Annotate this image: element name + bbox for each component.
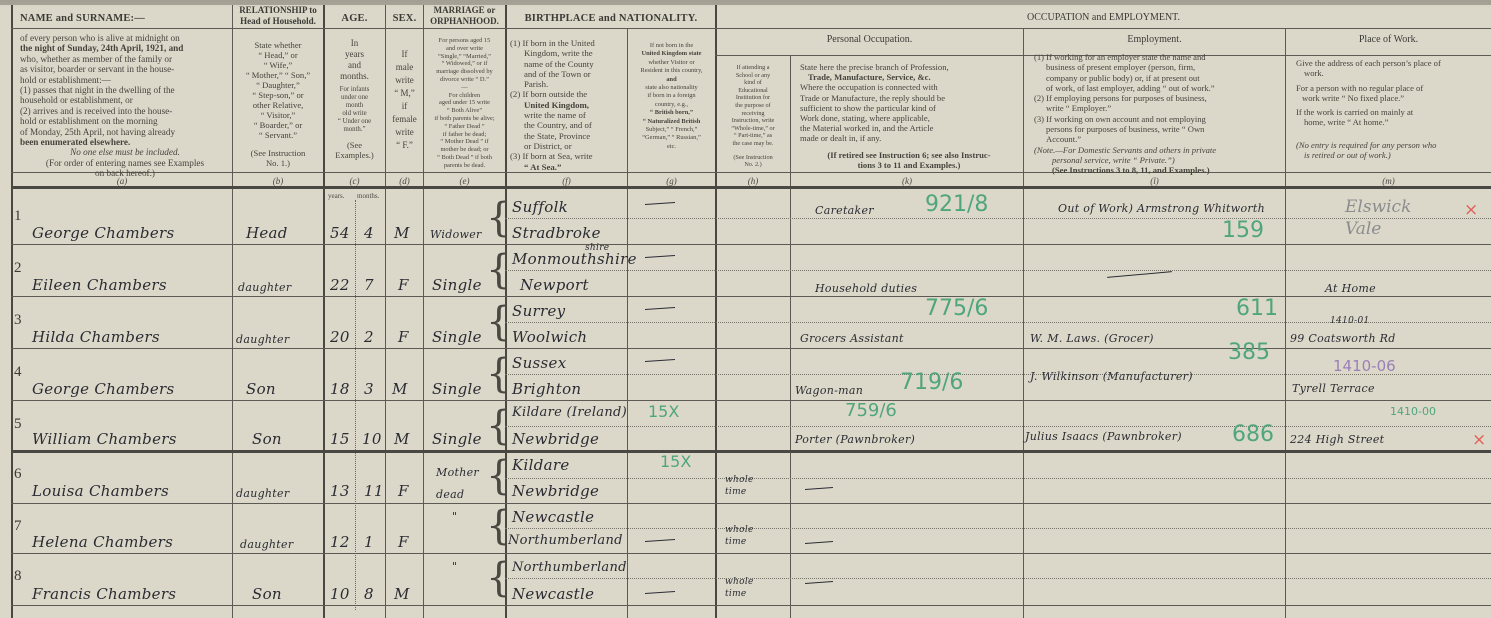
person-marriage: Single <box>432 430 482 448</box>
col-letter-f: (f) <box>506 176 627 186</box>
header-birthplace: BIRTHPLACE and NATIONALITY. <box>506 13 716 24</box>
person-birth-county: Northumberland <box>512 560 627 575</box>
brace-4: { <box>486 354 511 394</box>
person-birth-county: Surrey <box>512 302 565 320</box>
employment-code: 611 <box>1236 296 1278 321</box>
instructions-age: Inyearsandmonths. For infantsunder onemo… <box>324 38 385 160</box>
red-x-mark: × <box>1472 430 1486 450</box>
person-birth-town: Northumberland <box>508 533 623 548</box>
person-occupation: Household duties <box>815 282 917 295</box>
person-place-of-work: Tyrell Terrace <box>1292 382 1375 395</box>
person-birth-town: Stradbroke <box>512 224 601 242</box>
brace-3: { <box>486 302 511 342</box>
header-name: NAME and SURNAME:— <box>12 13 240 24</box>
person-marriage-ditto: " <box>452 560 457 573</box>
brace-2: { <box>486 250 511 290</box>
place-code: 1410-01 <box>1330 316 1370 326</box>
divider-k-l <box>1023 28 1024 618</box>
person-birth-county: Newcastle <box>512 508 594 526</box>
age-years-label: years. <box>328 192 345 200</box>
occupation-code: 921/8 <box>925 192 988 217</box>
shire-annotation: shire <box>585 243 609 253</box>
brace-1: { <box>486 198 511 238</box>
person-sex: F <box>398 482 409 500</box>
person-relationship: daughter <box>240 538 293 551</box>
nationality-code: 15X <box>648 402 679 421</box>
row-2-midline <box>505 270 1491 271</box>
person-employment: Out of Work) Armstrong Whitworth <box>1058 202 1265 215</box>
person-occupation: Caretaker <box>815 204 874 217</box>
occupation-dash <box>805 487 833 490</box>
col-letter-h: (h) <box>716 176 790 186</box>
col-letter-d: (d) <box>386 176 423 186</box>
person-birth-town: Newport <box>520 276 589 294</box>
person-sex: M <box>394 224 410 242</box>
employment-code: 159 <box>1222 218 1264 243</box>
row-number: 2 <box>14 260 22 277</box>
person-age-years: 12 <box>330 533 350 551</box>
header-title-rule <box>11 28 1491 29</box>
header-occupation-employment: OCCUPATION and EMPLOYMENT. <box>716 12 1491 23</box>
col-letter-b: (b) <box>233 176 323 186</box>
row-number: 1 <box>14 208 22 225</box>
person-birth-county: Suffolk <box>512 198 568 216</box>
header-relationship: RELATIONSHIP to Head of Household. <box>233 5 323 27</box>
person-name: Louisa Chambers <box>32 482 169 500</box>
person-schooling: whole time <box>725 524 765 548</box>
person-age-months: 8 <box>364 585 374 603</box>
person-name: Hilda Chambers <box>32 328 160 346</box>
person-sex: M <box>392 380 408 398</box>
header-bottom-rule <box>11 186 1491 189</box>
person-birth-town: Newbridge <box>512 482 599 500</box>
person-birth-town: Brighton <box>512 380 581 398</box>
header-sex: SEX. <box>386 13 423 24</box>
person-occupation: Grocers Assistant <box>800 332 904 345</box>
row-7-bottom <box>11 553 1491 554</box>
divider-l-m <box>1285 28 1286 618</box>
person-age-years: 22 <box>330 276 350 294</box>
person-marriage: Widower <box>430 228 482 241</box>
occupation-code: 775/6 <box>925 296 988 321</box>
person-marriage: Single <box>432 328 482 346</box>
header-place-of-work: Place of Work. <box>1286 34 1491 45</box>
person-age-months: 4 <box>364 224 374 242</box>
age-years-months-divider <box>355 200 356 610</box>
person-relationship: Son <box>252 585 282 603</box>
instructions-relationship: State whether“ Head,” or“ Wife,”“ Mother… <box>233 40 323 168</box>
instructions-marriage: For persons aged 15and over write“Single… <box>424 37 505 170</box>
row-number: 8 <box>14 568 22 585</box>
nationality-dash <box>645 359 675 362</box>
nationality-dash <box>645 307 675 310</box>
person-birth-town: Newcastle <box>512 585 594 603</box>
person-age-years: 20 <box>330 328 350 346</box>
row-8-midline <box>505 578 1491 579</box>
census-form-sheet: NAME and SURNAME:— RELATIONSHIP to Head … <box>0 0 1491 618</box>
header-age: AGE. <box>324 13 385 24</box>
col-letter-a: (a) <box>12 176 232 186</box>
person-sex: M <box>394 585 410 603</box>
row-5-midline <box>505 426 1491 427</box>
person-name: George Chambers <box>32 380 174 398</box>
row-4-bottom <box>11 400 1491 401</box>
person-employment: Julius Isaacs (Pawnbroker) <box>1025 430 1182 443</box>
top-border <box>0 0 1491 5</box>
person-marriage: Single <box>432 380 482 398</box>
left-border <box>11 5 13 618</box>
col-letter-c: (c) <box>324 176 385 186</box>
header-employment: Employment. <box>1024 34 1285 45</box>
row-7-midline <box>505 528 1491 529</box>
person-birth-town: Newbridge <box>512 430 599 448</box>
employment-dash <box>1107 271 1172 278</box>
person-schooling: whole time <box>725 576 765 600</box>
person-relationship: Head <box>246 224 288 242</box>
col-letter-e: (e) <box>424 176 505 186</box>
occupation-dash <box>805 581 833 584</box>
person-name: William Chambers <box>32 430 177 448</box>
occupation-code: 759/6 <box>845 400 897 421</box>
person-employment: J. Wilkinson (Manufacturer) <box>1030 370 1270 383</box>
instructions-name: of every person who is alive at midnight… <box>20 33 230 179</box>
person-place-of-work: At Home <box>1325 282 1376 295</box>
nationality-code: 15X <box>660 452 691 471</box>
person-age-years: 13 <box>330 482 350 500</box>
brace-8: { <box>486 558 511 598</box>
person-age-months: 11 <box>364 482 384 500</box>
header-marriage: MARRIAGE or ORPHANHOOD. <box>424 5 505 27</box>
age-months-label: months. <box>357 192 379 200</box>
person-age-months: 1 <box>364 533 374 551</box>
person-age-months: 10 <box>362 430 382 448</box>
person-schooling: whole time <box>725 474 765 498</box>
person-name: Helena Chambers <box>32 533 173 551</box>
person-occupation: Porter (Pawnbroker) <box>795 433 915 446</box>
person-marriage: Single <box>432 276 482 294</box>
row-number: 6 <box>14 466 22 483</box>
person-relationship: daughter <box>238 281 291 294</box>
instructions-birthplace: (1) If born in the UnitedKingdom, write … <box>510 38 626 172</box>
person-age-years: 54 <box>330 224 350 242</box>
row-6-bottom <box>11 503 1491 504</box>
instructions-place-of-work: Give the address of each person’s place … <box>1296 58 1488 160</box>
person-relationship: Son <box>246 380 276 398</box>
row-number: 3 <box>14 312 22 329</box>
person-place-of-work: 99 Coatsworth Rd <box>1290 332 1396 345</box>
col-letter-l: (l) <box>1024 176 1285 186</box>
col-letter-k: (k) <box>791 176 1023 186</box>
row-1-bottom <box>11 244 1491 245</box>
divider-h-k <box>790 55 791 618</box>
col-letter-g: (g) <box>628 176 715 186</box>
person-age-years: 15 <box>330 430 350 448</box>
person-birth-county: Sussex <box>512 354 566 372</box>
person-relationship: Son <box>252 430 282 448</box>
nationality-dash <box>645 539 675 542</box>
person-birth-county: Kildare (Ireland) <box>512 405 627 420</box>
person-marriage-ditto: " <box>452 510 457 523</box>
person-name: Eileen Chambers <box>32 276 167 294</box>
person-sex: F <box>398 533 409 551</box>
row-number: 4 <box>14 364 22 381</box>
place-code-stamp: 1410-06 <box>1333 357 1396 375</box>
occupation-dash <box>805 541 833 544</box>
person-place-of-work: Elswick Vale <box>1345 196 1425 240</box>
person-sex: F <box>398 276 409 294</box>
row-1-midline <box>505 218 1491 219</box>
person-place-of-work: 224 High Street <box>1290 433 1384 446</box>
person-age-months: 2 <box>364 328 374 346</box>
person-employment: W. M. Laws. (Grocer) <box>1030 332 1154 345</box>
nationality-dash <box>645 255 675 258</box>
person-age-years: 10 <box>330 585 350 603</box>
row-8-bottom <box>11 605 1491 606</box>
instructions-employment: (1) If working for an employer state the… <box>1034 52 1284 176</box>
person-age-months: 3 <box>364 380 374 398</box>
person-occupation: Wagon-man <box>795 384 863 397</box>
place-code: 1410-00 <box>1390 405 1436 418</box>
person-sex: F <box>398 328 409 346</box>
row-number: 5 <box>14 416 22 433</box>
occupation-code: 719/6 <box>900 370 963 395</box>
person-sex: M <box>394 430 410 448</box>
red-x-mark: × <box>1464 200 1478 220</box>
nationality-dash <box>645 591 675 594</box>
person-name: Francis Chambers <box>32 585 176 603</box>
person-birth-county: Kildare <box>512 456 570 474</box>
row-number: 7 <box>14 518 22 535</box>
person-name: George Chambers <box>32 224 174 242</box>
person-relationship: daughter <box>236 487 289 500</box>
person-birth-town: Woolwich <box>512 328 587 346</box>
instructions-personal-occupation: State here the precise branch of Profess… <box>800 62 1018 170</box>
person-marriage: Mother dead <box>436 462 491 506</box>
brace-5: { <box>486 406 511 446</box>
instructions-schooling: If attending aSchool or anykind ofEducat… <box>716 64 790 169</box>
person-age-years: 18 <box>330 380 350 398</box>
person-relationship: daughter <box>236 333 289 346</box>
nationality-dash <box>645 202 675 205</box>
person-age-months: 7 <box>364 276 374 294</box>
employment-code: 686 <box>1232 422 1274 447</box>
row-5-bottom <box>11 450 1491 453</box>
col-letter-m: (m) <box>1286 176 1491 186</box>
person-birth-county: Monmouthshire <box>512 250 637 268</box>
header-personal-occupation: Personal Occupation. <box>716 34 1023 45</box>
instructions-nationality: If not born in theUnited Kingdom statewh… <box>628 42 715 151</box>
row-6-midline <box>505 478 1491 479</box>
employment-code: 385 <box>1228 340 1270 365</box>
instructions-sex: Ifmalewrite“ M,”iffemalewrite“ F.” <box>386 48 423 152</box>
